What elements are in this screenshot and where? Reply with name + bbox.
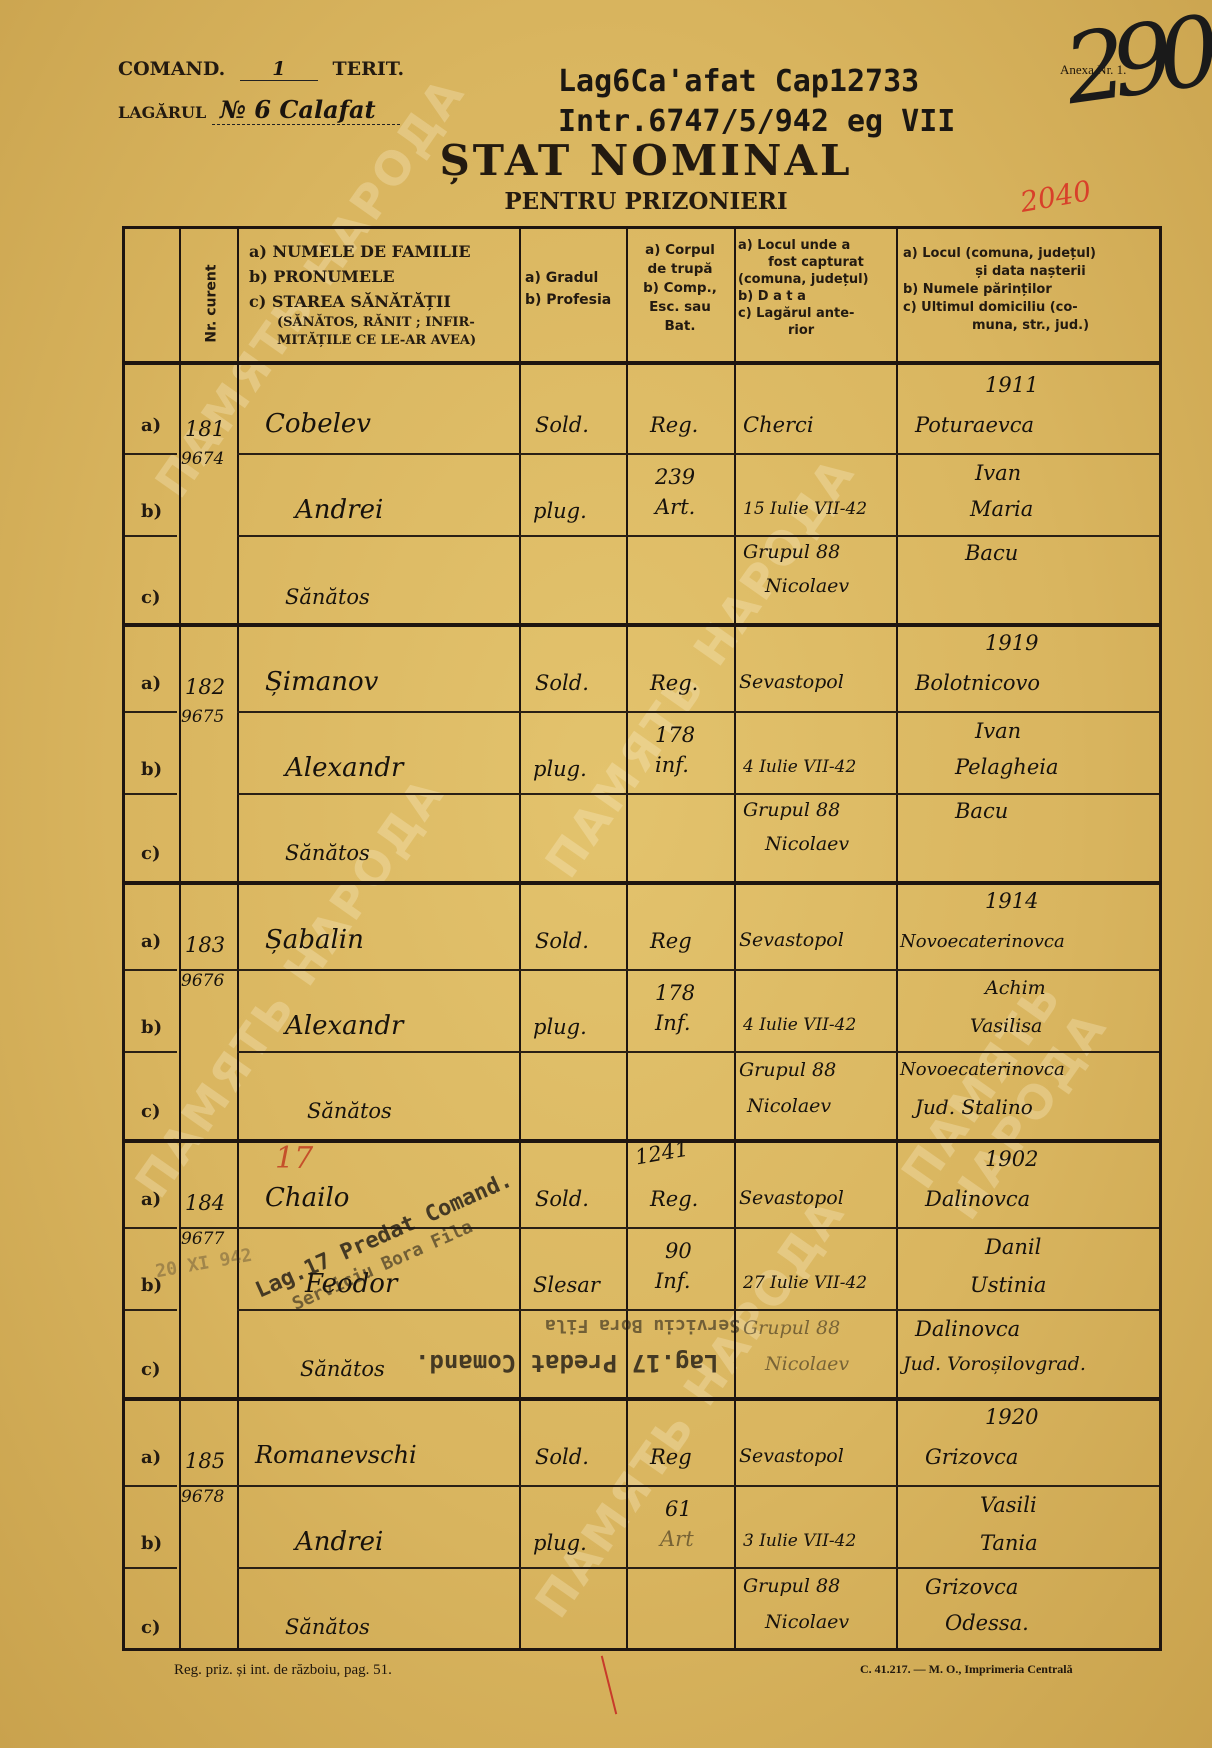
capture-place: Sevastopol xyxy=(739,1445,844,1467)
row-label-c: c) xyxy=(141,1617,160,1638)
reg-number: 9674 xyxy=(181,449,224,469)
record-185: a) b) c) 185 9678 Romanevschi Andrei Săn… xyxy=(125,1401,1159,1651)
row-label-a: a) xyxy=(141,1447,161,1468)
unit-number: 90 xyxy=(665,1239,692,1263)
profession: Slesar xyxy=(533,1273,600,1297)
capture-date: 3 Iulie VII-42 xyxy=(743,1531,856,1551)
domicile-city: Odessa. xyxy=(945,1611,1029,1635)
capture-place: Sevastopol xyxy=(739,671,844,693)
firstname: Andrei xyxy=(295,1527,383,1557)
unit-type: inf. xyxy=(655,753,689,777)
row-label-b: b) xyxy=(141,1017,162,1038)
surname: Cobelev xyxy=(265,409,371,439)
health: Sănătos xyxy=(285,841,370,865)
domicile: Dalinovca xyxy=(915,1317,1020,1341)
rank: Sold. xyxy=(535,1187,589,1211)
capture-date: 27 Iulie VII-42 xyxy=(743,1273,867,1293)
birth-place: Poturaevca xyxy=(915,413,1034,437)
capture-date: 15 Iulie VII-42 xyxy=(743,499,867,519)
birth-place: Bolotnicovo xyxy=(915,671,1040,695)
unit-regiment: Reg. xyxy=(650,413,698,437)
firstname: Andrei xyxy=(295,495,383,525)
health: Sănătos xyxy=(300,1357,385,1381)
unit-number: 239 xyxy=(655,465,695,489)
nr-curent: 183 xyxy=(185,933,225,957)
unit-type: Art. xyxy=(655,495,695,519)
header-rank: a) Gradul b) Profesia xyxy=(525,267,611,311)
unit-type: Inf. xyxy=(655,1011,691,1035)
footer-regulation: Reg. priz. și int. de războiu, pag. 51. xyxy=(174,1662,392,1679)
row-label-c: c) xyxy=(141,843,160,864)
record-184: a) b) c) 184 9677 17 Chailo Feodor Sănăt… xyxy=(125,1143,1159,1397)
rank: Sold. xyxy=(535,671,589,695)
profession: plug. xyxy=(533,499,587,523)
lagarul-line: LAGĂRUL № 6 Calafat xyxy=(118,95,400,125)
birth-year: 1914 xyxy=(985,889,1038,913)
profession: plug. xyxy=(533,1015,587,1039)
mother-name: Tania xyxy=(980,1531,1038,1555)
rank: Sold. xyxy=(535,413,589,437)
father-name: Ivan xyxy=(975,719,1021,743)
previous-camp: Grupul 88 xyxy=(743,541,840,563)
surname: Șabalin xyxy=(265,925,364,955)
previous-camp-city: Nicolaev xyxy=(747,1095,831,1117)
nr-curent: 182 xyxy=(185,675,225,699)
row-label-c: c) xyxy=(141,587,160,608)
domicile: Grizovca xyxy=(925,1575,1018,1599)
birth-year: 1919 xyxy=(985,631,1038,655)
row-label-b: b) xyxy=(141,501,162,522)
lagarul-value: № 6 Calafat xyxy=(212,95,400,125)
reg-number: 9678 xyxy=(181,1487,224,1507)
capture-date: 4 Iulie VII-42 xyxy=(743,757,856,777)
row-label-b: b) xyxy=(141,759,162,780)
birth-year: 1920 xyxy=(985,1405,1038,1429)
row-label-a: a) xyxy=(141,931,161,952)
header-capture: a) Locul unde a fost capturat (comuna, j… xyxy=(738,237,894,339)
record-181: a) b) c) 181 9674 Cobelev Andrei Sănătos… xyxy=(125,365,1159,623)
unit-number: 61 xyxy=(665,1497,692,1521)
footer-printer: C. 41.217. — M. O., Imprimeria Centrală xyxy=(860,1662,1073,1677)
birth-year: 1911 xyxy=(985,373,1038,397)
unit-regiment: Reg. xyxy=(650,1187,698,1211)
camp-stamp-line1: Lag6Ca'afat Cap12733 xyxy=(558,64,919,99)
document-title: ȘTAT NOMINAL xyxy=(0,136,1212,185)
health: Sănătos xyxy=(285,585,370,609)
previous-camp: Grupul 88 xyxy=(739,1059,836,1081)
archive-page-number: 290 xyxy=(1058,0,1212,126)
record-182: a) b) c) 182 9675 Șimanov Alexandr Sănăt… xyxy=(125,627,1159,881)
camp-stamp-line2: Intr.6747/5/942 eg VII xyxy=(558,104,955,139)
birth-place: Novoecaterinovca xyxy=(900,931,1065,952)
father-name: Vasili xyxy=(980,1493,1037,1517)
row-label-b: b) xyxy=(141,1533,162,1554)
capture-place: Sevastopol xyxy=(739,929,844,951)
father-name: Ivan xyxy=(975,461,1021,485)
unit-number: 178 xyxy=(655,981,695,1005)
unit-regiment: Reg. xyxy=(650,671,698,695)
previous-camp: Grupul 88 xyxy=(743,1317,840,1339)
capture-place: Cherci xyxy=(743,413,814,437)
father-name: Danil xyxy=(985,1235,1041,1259)
lagarul-label: LAGĂRUL xyxy=(118,103,206,122)
previous-camp-city: Nicolaev xyxy=(765,833,849,855)
previous-camp-city: Nicolaev xyxy=(765,1611,849,1633)
terit-label: TERIT. xyxy=(332,58,404,80)
domicile-county: Jud. Voroșilovgrad. xyxy=(903,1353,1086,1375)
mother-name: Maria xyxy=(970,497,1033,521)
surname: Șimanov xyxy=(265,667,378,697)
health: Sănătos xyxy=(285,1615,370,1639)
unit-number: 178 xyxy=(655,723,695,747)
capture-place: Sevastopol xyxy=(739,1187,844,1209)
firstname: Alexandr xyxy=(285,1011,403,1041)
unit-regiment: Reg xyxy=(650,929,692,953)
nr-curent: 184 xyxy=(185,1191,225,1215)
comand-value: 1 xyxy=(240,58,318,81)
health: Sănătos xyxy=(307,1099,392,1123)
roster-table: Nr. curent a) NUMELE DE FAMILIE b) PRONU… xyxy=(122,226,1162,1651)
previous-camp: Grupul 88 xyxy=(743,1575,840,1597)
reg-number: 9677 xyxy=(181,1229,224,1249)
header-birth: a) Locul (comuna, județul) și data naște… xyxy=(903,245,1158,335)
date-stamp: 20 XI 942 xyxy=(154,1245,254,1283)
comand-line: COMAND. 1 TERIT. xyxy=(118,58,404,81)
birth-place: Grizovca xyxy=(925,1445,1018,1469)
domicile: Novoecaterinovca xyxy=(900,1059,1065,1080)
birth-year: 1902 xyxy=(985,1147,1038,1171)
header-nr-curent: Nr. curent xyxy=(187,249,231,359)
mother-name: Vasilisa xyxy=(970,1015,1042,1037)
surname: Chailo xyxy=(265,1183,349,1213)
row-label-c: c) xyxy=(141,1101,160,1122)
domicile-county: Jud. Stalino xyxy=(915,1095,1033,1119)
red-check-mark xyxy=(601,1656,617,1715)
comand-label: COMAND. xyxy=(118,58,225,80)
previous-camp-city: Nicolaev xyxy=(765,1353,849,1375)
unit-regiment: Reg xyxy=(650,1445,692,1469)
rank: Sold. xyxy=(535,929,589,953)
unit-type: Inf. xyxy=(655,1269,691,1293)
header-name: a) NUMELE DE FAMILIE b) PRONUMELE c) STA… xyxy=(249,239,476,350)
profession: plug. xyxy=(533,757,587,781)
row-label-a: a) xyxy=(141,415,161,436)
reg-number: 9676 xyxy=(181,971,224,991)
domicile: Bacu xyxy=(965,541,1018,565)
mother-name: Ustinia xyxy=(970,1273,1046,1297)
capture-date: 4 Iulie VII-42 xyxy=(743,1015,856,1035)
firstname: Alexandr xyxy=(285,753,403,783)
unit-type: Art xyxy=(660,1527,694,1551)
previous-camp-city: Nicolaev xyxy=(765,575,849,597)
inverted-service-stamp: Serviciu Bora Fila xyxy=(545,1315,740,1336)
reg-number: 9675 xyxy=(181,707,224,727)
record-183: a) b) c) 183 9676 Șabalin Alexandr Sănăt… xyxy=(125,885,1159,1139)
profession: plug. xyxy=(533,1531,587,1555)
nr-curent: 181 xyxy=(185,417,225,441)
domicile: Bacu xyxy=(955,799,1008,823)
mother-name: Pelagheia xyxy=(955,755,1058,779)
row-label-a: a) xyxy=(141,1189,161,1210)
row-label-c: c) xyxy=(141,1359,160,1380)
row-label-a: a) xyxy=(141,673,161,694)
header-unit: a) Corpul de trupă b) Comp., Esc. sau Ba… xyxy=(630,241,730,336)
birth-place: Dalinovca xyxy=(925,1187,1030,1211)
rank: Sold. xyxy=(535,1445,589,1469)
nr-curent: 185 xyxy=(185,1449,225,1473)
inverted-transfer-stamp: Lag.17 Predat Comand. xyxy=(415,1349,718,1377)
red-annotation: 17 xyxy=(275,1141,313,1176)
previous-camp: Grupul 88 xyxy=(743,799,840,821)
surname: Romanevschi xyxy=(255,1441,417,1469)
father-name: Achim xyxy=(985,977,1046,999)
